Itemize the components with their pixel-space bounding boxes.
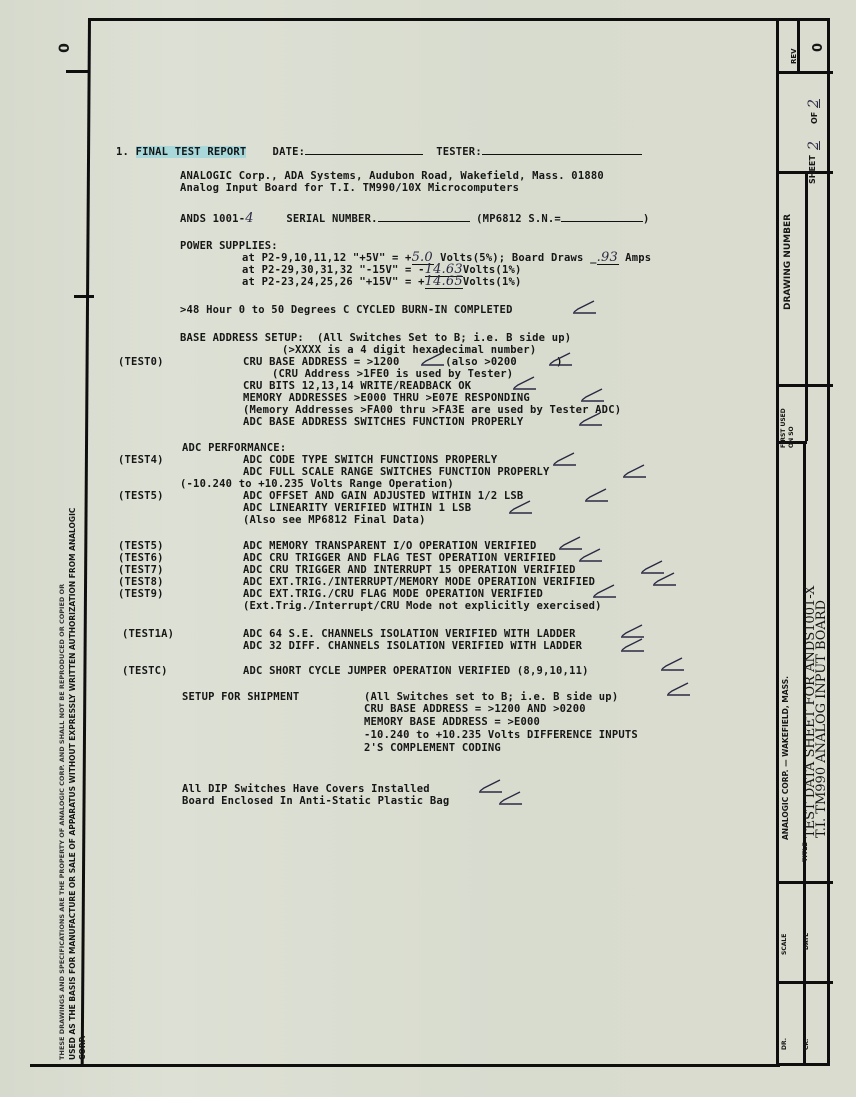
title-label: TITLE [801,842,809,862]
final-check-item: All DIP Switches Have Covers Installed [182,783,430,795]
model-serial-row: ANDS 1001-4 SERIAL NUMBER. (MP6812 S.N.=… [180,213,649,225]
border-left [81,18,91,1066]
checklist-item: ADC FULL SCALE RANGE SWITCHES FUNCTION P… [243,466,550,478]
serial-label: SERIAL NUMBER. [286,213,377,225]
power-title: POWER SUPPLIES: [180,240,278,252]
check-mark-icon [548,350,574,366]
drawing-number-label: DRAWING NUMBER [783,214,793,310]
checklist-item: ADC MEMORY TRANSPARENT I/O OPERATION VER… [243,540,536,552]
shipment-title: SETUP FOR SHIPMENT [182,691,299,703]
scale-label: SCALE [781,934,788,955]
check-mark-icon [578,410,604,426]
product-line: Analog Input Board for T.I. TM990/10X Mi… [180,182,519,194]
checklist-item: ADC CODE TYPE SWITCH FUNCTIONS PROPERLY [243,454,497,466]
check-mark-icon [420,350,446,366]
check-mark-icon [660,655,686,671]
border-bottom [30,1064,780,1067]
power-pins: at P2-23,24,25,26 "+15V" = + [242,276,425,288]
disclaimer-line2: USED AS THE BASIS FOR MANUFACTURE OR SAL… [68,508,77,1060]
dr-label: DR. [781,1038,788,1050]
checklist-item: ADC LINEARITY VERIFIED WITHIN 1 LSB [243,502,471,514]
final-check-item: Board Enclosed In Anti-Static Plastic Ba… [182,795,449,807]
border-top [88,18,778,21]
check-mark-icon [592,582,618,598]
base-address-note: (CRU Address >1FE0 is used by Tester) [272,368,513,380]
mp-close: ) [643,213,650,225]
disclaimer-line1: THESE DRAWINGS AND SPECIFICATIONS ARE TH… [58,584,66,1060]
power-pins: at P2-29,30,31,32 "-15V" = - [242,264,425,276]
shipment-line: 2'S COMPLEMENT CODING [364,742,501,754]
power-unit: Volts(1%) [463,276,522,288]
checklist-item: CRU BASE ADDRESS = >1200 (also >0200 ) [243,356,563,368]
test-label: (TEST1A) [122,628,174,640]
check-mark-icon [584,486,610,502]
title-line2: T.I. TM990 ANALOG INPUT BOARD [814,600,829,838]
sheet-of: OF [810,112,819,124]
check-mark-icon [622,462,648,478]
checklist-item: ADC EXT.TRIG./INTERRUPT/MEMORY MODE OPER… [243,576,595,588]
date-label: DATE: [273,146,306,158]
test-label: (TEST9) [118,588,164,600]
shipment-line: -10.240 to +10.235 Volts DIFFERENCE INPU… [364,729,638,741]
section-number: 1. [116,146,129,158]
adc-performance-title: ADC PERFORMANCE: [182,442,286,454]
base-address-title: BASE ADDRESS SETUP: (All Switches Set to… [180,332,571,344]
check-mark-icon [512,374,538,390]
check-mark-icon [508,498,534,514]
report-heading-row: 1. FINAL TEST REPORT DATE: TESTER: [116,146,642,158]
check-mark-icon [498,789,524,805]
checklist-item: ADC EXT.TRIG./CRU FLAG MODE OPERATION VE… [243,588,543,600]
shipment-line: MEMORY BASE ADDRESS = >E000 [364,716,540,728]
rev-label: REV [790,48,798,64]
check-mark-icon [580,386,606,402]
power-unit: Volts(1%) [463,264,522,276]
base-address-note: (>XXXX is a 4 digit hexadecimal number) [282,344,536,356]
margin-tick [66,70,90,73]
date-field[interactable] [305,154,423,155]
checklist-item: ADC CRU TRIGGER AND FLAG TEST OPERATION … [243,552,556,564]
margin-tick [74,295,94,298]
checklist-item: MEMORY ADDRESSES >E000 THRU >E07E RESPON… [243,392,530,404]
company-line: ANALOGIC Corp., ADA Systems, Audubon Roa… [180,170,604,182]
power-row: at P2-23,24,25,26 "+15V" = +14.65Volts(1… [242,276,522,289]
ck-label: CK. [803,1039,810,1050]
checklist-item: ADC 32 DIFF. CHANNELS ISOLATION VERIFIED… [243,640,582,652]
test-label: (TEST6) [118,552,164,564]
date-label: DATE [803,933,810,950]
report-title: FINAL TEST REPORT [136,146,247,158]
board-draws-label: Board Draws [512,252,584,264]
adc-note: (Also see MP6812 Final Data) [243,514,426,526]
check-mark-icon [552,450,578,466]
sheet-total: 2 [806,99,822,108]
checklist-item: ADC 64 S.E. CHANNELS ISOLATION VERIFIED … [243,628,576,640]
model-prefix: ANDS 1001- [180,213,245,225]
item-text: (also >0200 [445,356,517,368]
margin-rev-zero: 0 [57,43,73,53]
mp-label: (MP6812 S.N.= [476,213,561,225]
checklist-item: CRU BITS 12,13,14 WRITE/READBACK OK [243,380,471,392]
test-label: (TEST5) [118,540,164,552]
sheet-label: SHEET [808,155,817,184]
base-address-note: (Memory Addresses >FA00 thru >FA3E are u… [243,404,621,416]
sheet-number: 2 [806,141,822,150]
test-label: (TEST5) [118,490,164,502]
checklist-item: ADC OFFSET AND GAIN ADJUSTED WITHIN 1/2 … [243,490,523,502]
tester-field[interactable] [482,154,642,155]
adc-note: (-10.240 to +10.235 Volts Range Operatio… [180,478,454,490]
check-mark-icon [652,570,678,586]
checklist-item: ADC CRU TRIGGER AND INTERRUPT 15 OPERATI… [243,564,576,576]
first-used-label: FIRST USED ON SO [780,402,796,448]
checklist-item: ADC BASE ADDRESS SWITCHES FUNCTION PROPE… [243,416,523,428]
checklist-item: ADC SHORT CYCLE JUMPER OPERATION VERIFIE… [243,665,589,677]
check-mark-icon [666,680,692,696]
check-mark-icon [620,636,646,652]
power-pins: at P2-9,10,11,12 "+5V" = + [242,252,412,264]
test-label: (TEST0) [118,356,164,368]
test-label: (TEST7) [118,564,164,576]
test-label: (TESTC) [122,665,168,677]
board-draws-value[interactable]: .93 [597,252,619,265]
check-mark-icon [572,298,598,314]
tester-label: TESTER: [436,146,482,158]
shipment-line: (All Switches set to B; i.e. B side up) [364,691,618,703]
mp-serial-field[interactable] [561,221,643,222]
model-suffix: 4 [245,211,253,226]
company-label: ANALOGIC CORP. — WAKEFIELD, MASS. [781,676,790,840]
item-text: CRU BASE ADDRESS = >1200 [243,356,400,368]
disclaimer-line3: CORP. [78,1035,87,1060]
title-block [776,18,830,1066]
shipment-line: CRU BASE ADDRESS = >1200 AND >0200 [364,703,586,715]
check-mark-icon [578,546,604,562]
document-sheet: 0 THESE DRAWINGS AND SPECIFICATIONS ARE … [0,0,856,1097]
rev-value: 0 [811,43,826,52]
burn-in-line: >48 Hour 0 to 50 Degrees C CYCLED BURN-I… [180,304,513,316]
test-label: (TEST8) [118,576,164,588]
test-label: (TEST4) [118,454,164,466]
tests-note: (Ext.Trig./Interrupt/CRU Mode not explic… [243,600,602,612]
amps-unit: Amps [625,252,651,264]
serial-field[interactable] [378,221,470,222]
power-value[interactable]: 14.65 [425,276,463,289]
